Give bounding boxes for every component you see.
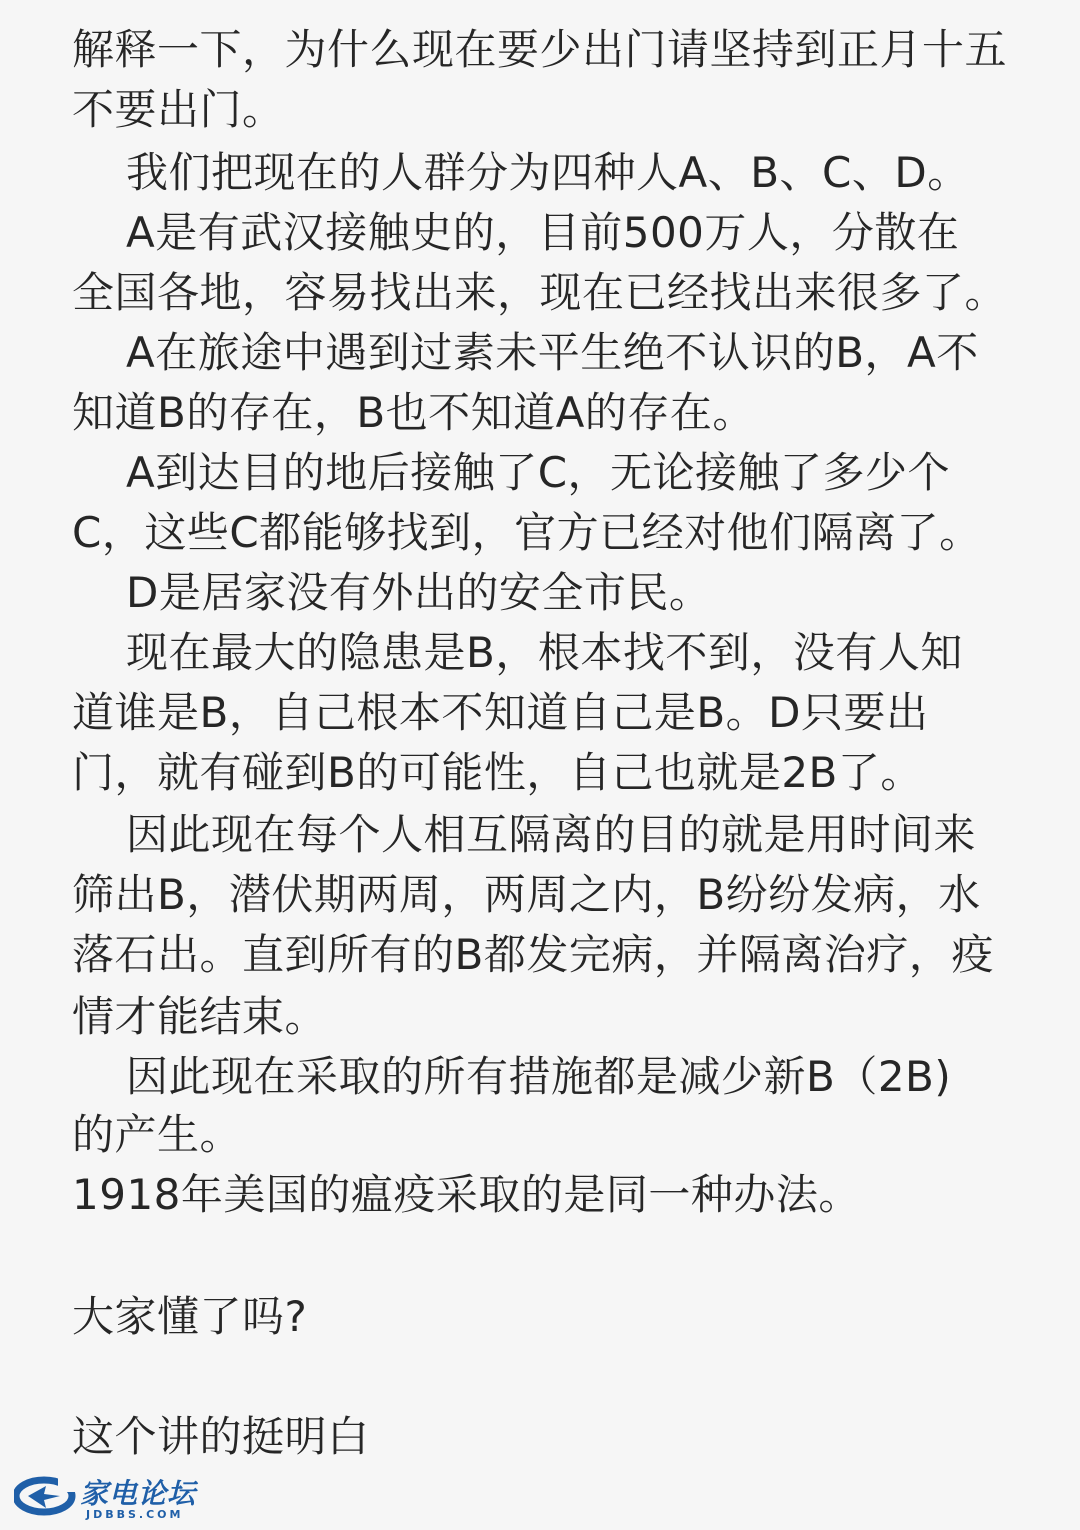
text-line: 因此现在每个人相互隔离的目的就是用时间来: [126, 805, 976, 865]
text-line: D是居家没有外出的安全市民。: [126, 563, 711, 623]
text-line: 大家懂了吗?: [72, 1287, 307, 1347]
text-line: 现在最大的隐患是B，根本找不到，没有人知: [126, 623, 963, 683]
text-line: 知道B的存在，B也不知道A的存在。: [72, 383, 755, 443]
text-line: A是有武汉接触史的，目前500万人，分散在: [126, 203, 959, 263]
text-line: 1918年美国的瘟疫采取的是同一种办法。: [72, 1165, 861, 1225]
text-line: 因此现在采取的所有措施都是减少新B（2B): [126, 1047, 951, 1107]
text-line: 全国各地，容易找出来，现在已经找出来很多了。: [72, 263, 1007, 323]
text-line: 筛出B，潜伏期两周，两周之内，B纷纷发病，水: [72, 865, 981, 925]
text-line: 门，就有碰到B的可能性，自己也就是2B了。: [72, 743, 923, 803]
watermark-name: 家电论坛: [80, 1472, 196, 1512]
text-line: 落石出。直到所有的B都发完病，并隔离治疗，疫: [72, 925, 994, 985]
text-line: 不要出门。: [72, 80, 285, 140]
watermark-domain: JDBBS.COM: [86, 1508, 183, 1521]
text-line: C，这些C都能够找到，官方已经对他们隔离了。: [72, 503, 982, 563]
text-line: 这个讲的挺明白: [72, 1407, 370, 1467]
text-line: 的产生。: [72, 1105, 242, 1165]
jdbbs-logo-icon: [14, 1476, 76, 1516]
text-line: A在旅途中遇到过素未平生绝不认识的B，A不: [126, 323, 979, 383]
text-line: 情才能结束。: [72, 987, 327, 1047]
text-line: 道谁是B，自己根本不知道自己是B。D只要出: [72, 683, 928, 743]
watermark-logo: 家电论坛 JDBBS.COM: [14, 1470, 204, 1524]
text-line: A到达目的地后接触了C，无论接触了多少个: [126, 443, 950, 503]
text-line: 解释一下，为什么现在要少出门请坚持到正月十五: [72, 20, 1007, 80]
text-line: 我们把现在的人群分为四种人A、B、C、D。: [126, 143, 970, 203]
